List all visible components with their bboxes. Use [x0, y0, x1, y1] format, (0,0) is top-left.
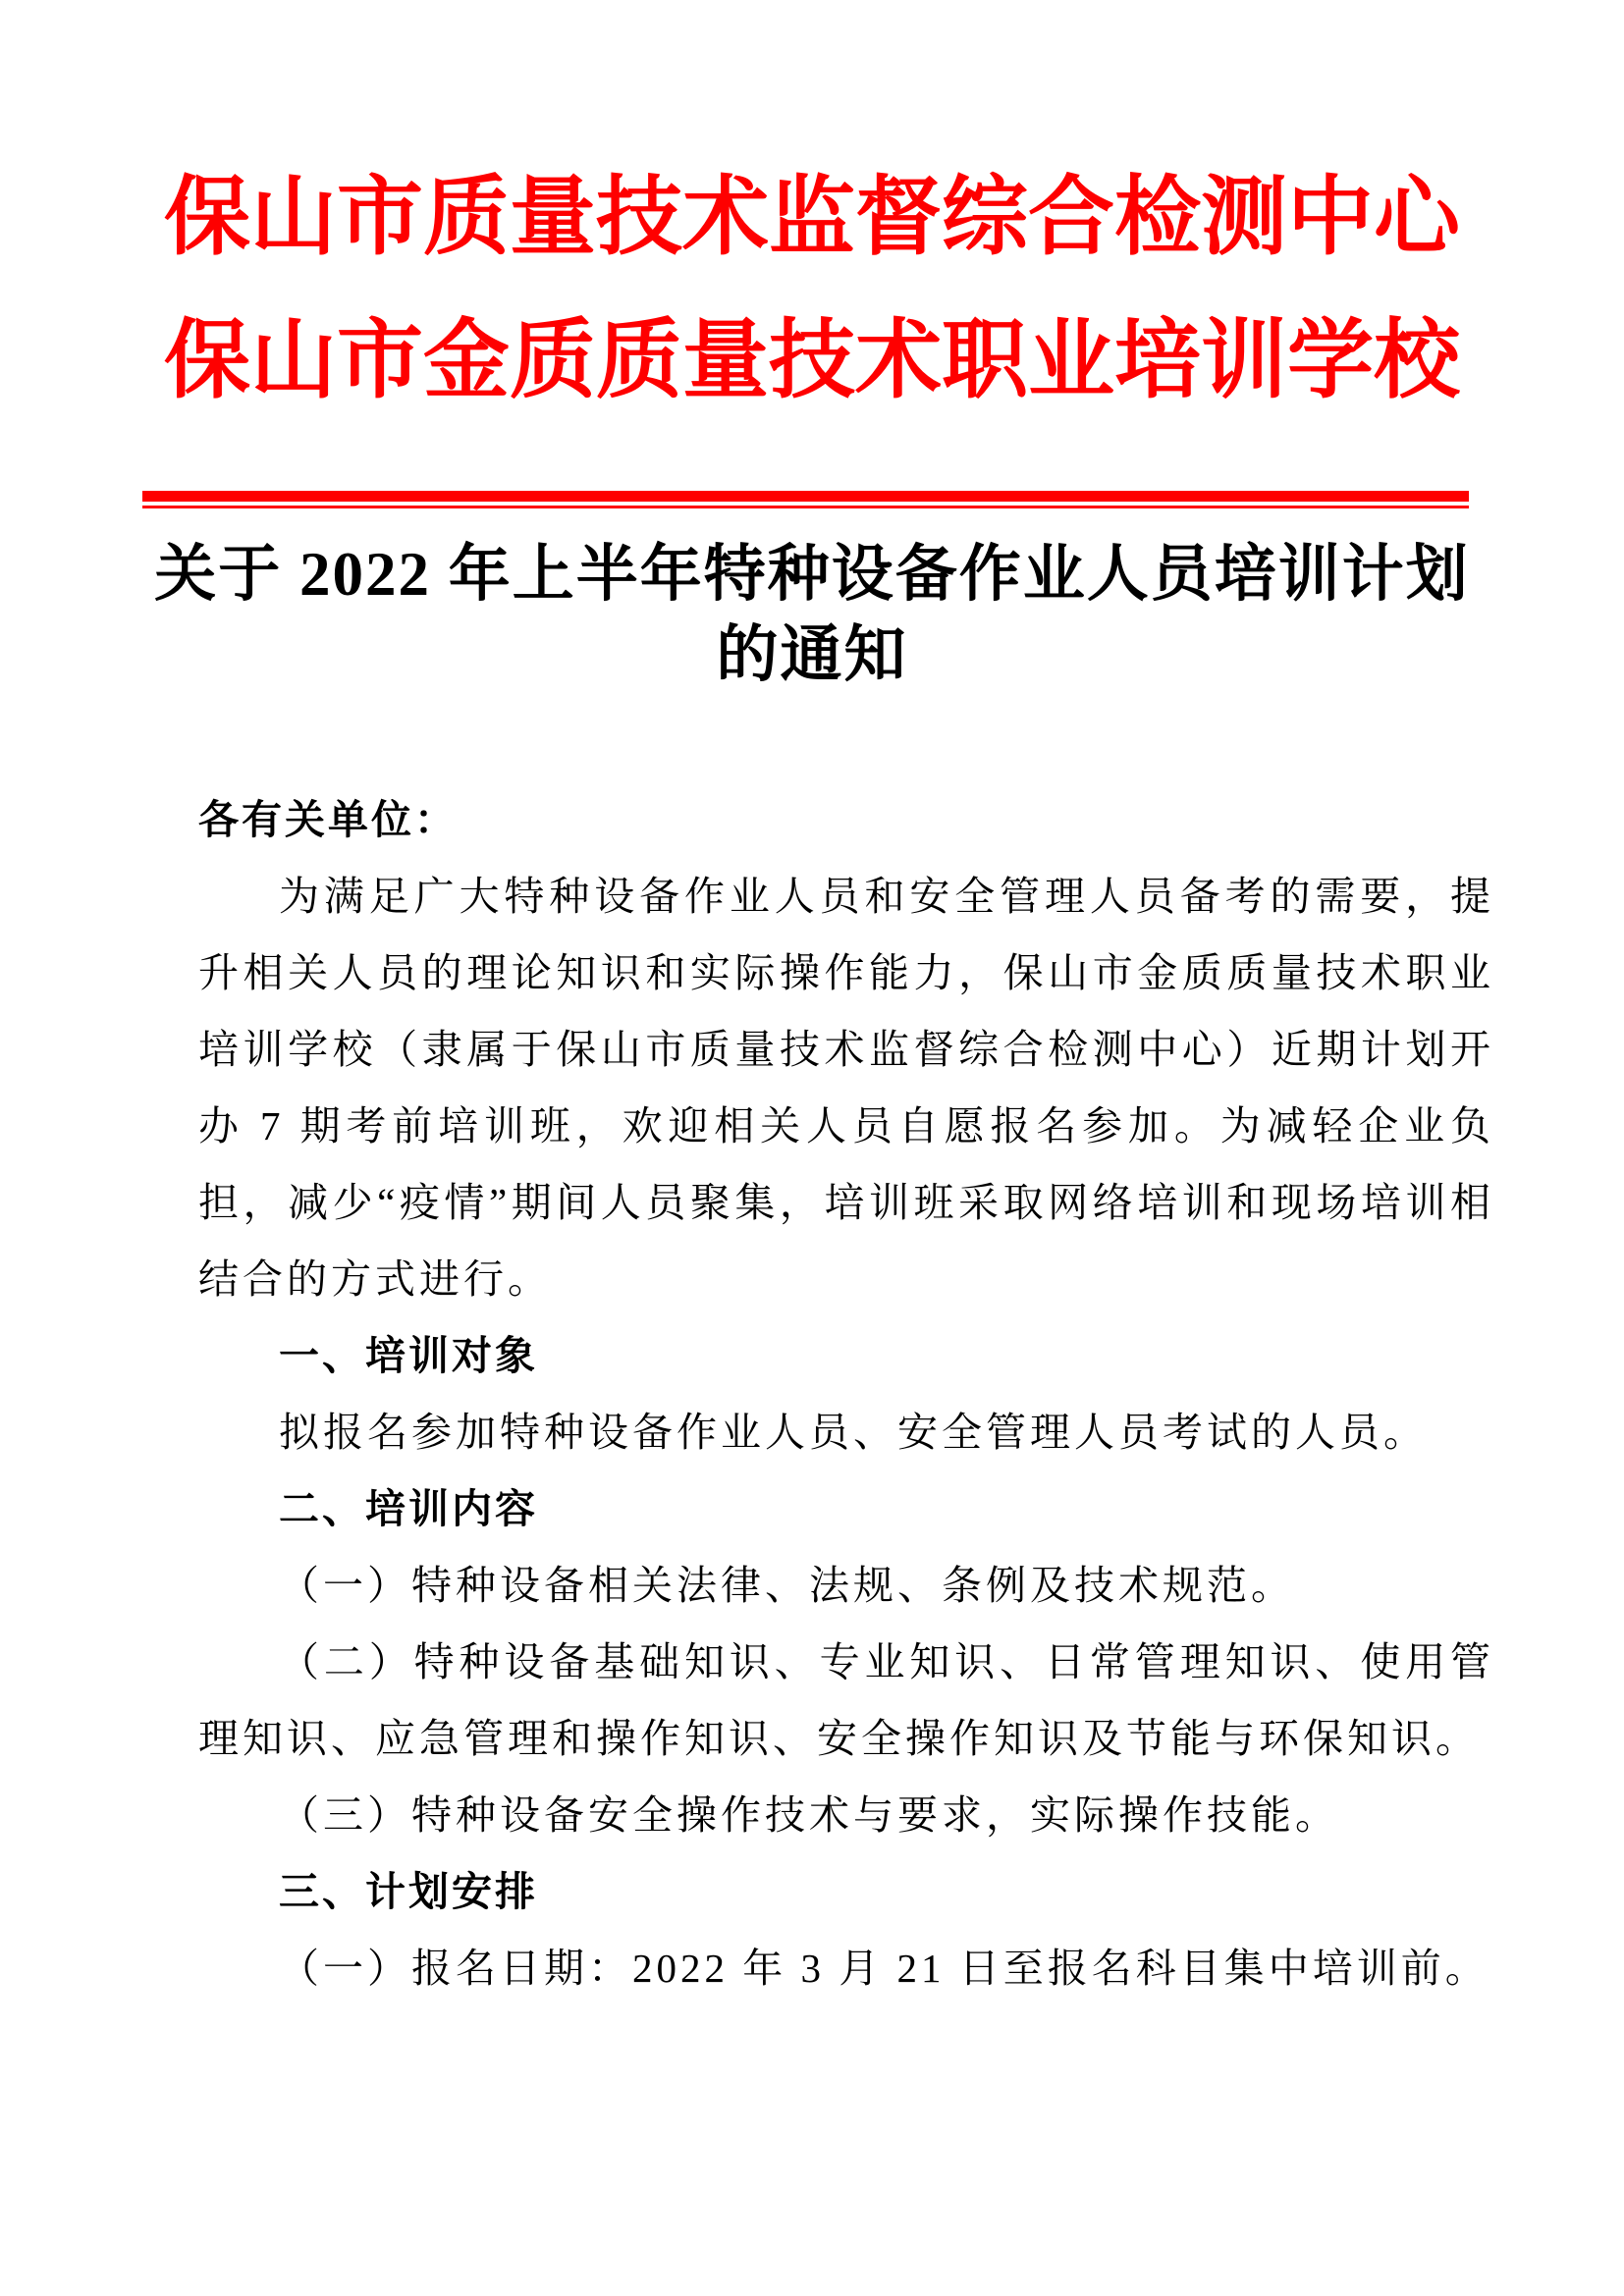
- section-3-item-1: （一）报名日期：2022 年 3 月 21 日至报名科目集中培训前。: [198, 1930, 1494, 2006]
- section-2-item-2: （二）特种设备基础知识、专业知识、日常管理知识、使用管理知识、应急管理和操作知识…: [198, 1624, 1494, 1777]
- section-3-heading: 三、计划安排: [198, 1853, 1494, 1930]
- section-1-heading: 一、培训对象: [198, 1317, 1494, 1394]
- section-1-item-1: 拟报名参加特种设备作业人员、安全管理人员考试的人员。: [198, 1394, 1494, 1470]
- section-2-heading: 二、培训内容: [198, 1470, 1494, 1547]
- notice-body: 各有关单位： 为满足广大特种设备作业人员和安全管理人员备考的需要，提升相关人员的…: [198, 781, 1494, 2006]
- red-divider-thin-line: [142, 506, 1469, 508]
- salutation: 各有关单位：: [198, 781, 1494, 858]
- letterhead: 保山市质量技术监督综合检测中心 保山市金质质量技术职业培训学校: [0, 0, 1624, 434]
- notice-title-line-1: 关于 2022 年上半年特种设备作业人员培训计划: [0, 534, 1624, 614]
- section-2-item-1: （一）特种设备相关法律、法规、条例及技术规范。: [198, 1547, 1494, 1624]
- notice-title: 关于 2022 年上半年特种设备作业人员培训计划 的通知: [0, 534, 1624, 695]
- letterhead-line-2: 保山市金质质量技术职业培训学校: [0, 291, 1624, 434]
- letterhead-line-1: 保山市质量技术监督综合检测中心: [0, 147, 1624, 291]
- red-divider-thick-line: [142, 491, 1469, 502]
- section-2-item-3: （三）特种设备安全操作技术与要求，实际操作技能。: [198, 1777, 1494, 1853]
- notice-title-line-2: 的通知: [0, 614, 1624, 695]
- document-page: 保山市质量技术监督综合检测中心 保山市金质质量技术职业培训学校 关于 2022 …: [0, 0, 1624, 2296]
- red-divider-rule: [142, 491, 1469, 508]
- intro-paragraph: 为满足广大特种设备作业人员和安全管理人员备考的需要，提升相关人员的理论知识和实际…: [198, 858, 1494, 1317]
